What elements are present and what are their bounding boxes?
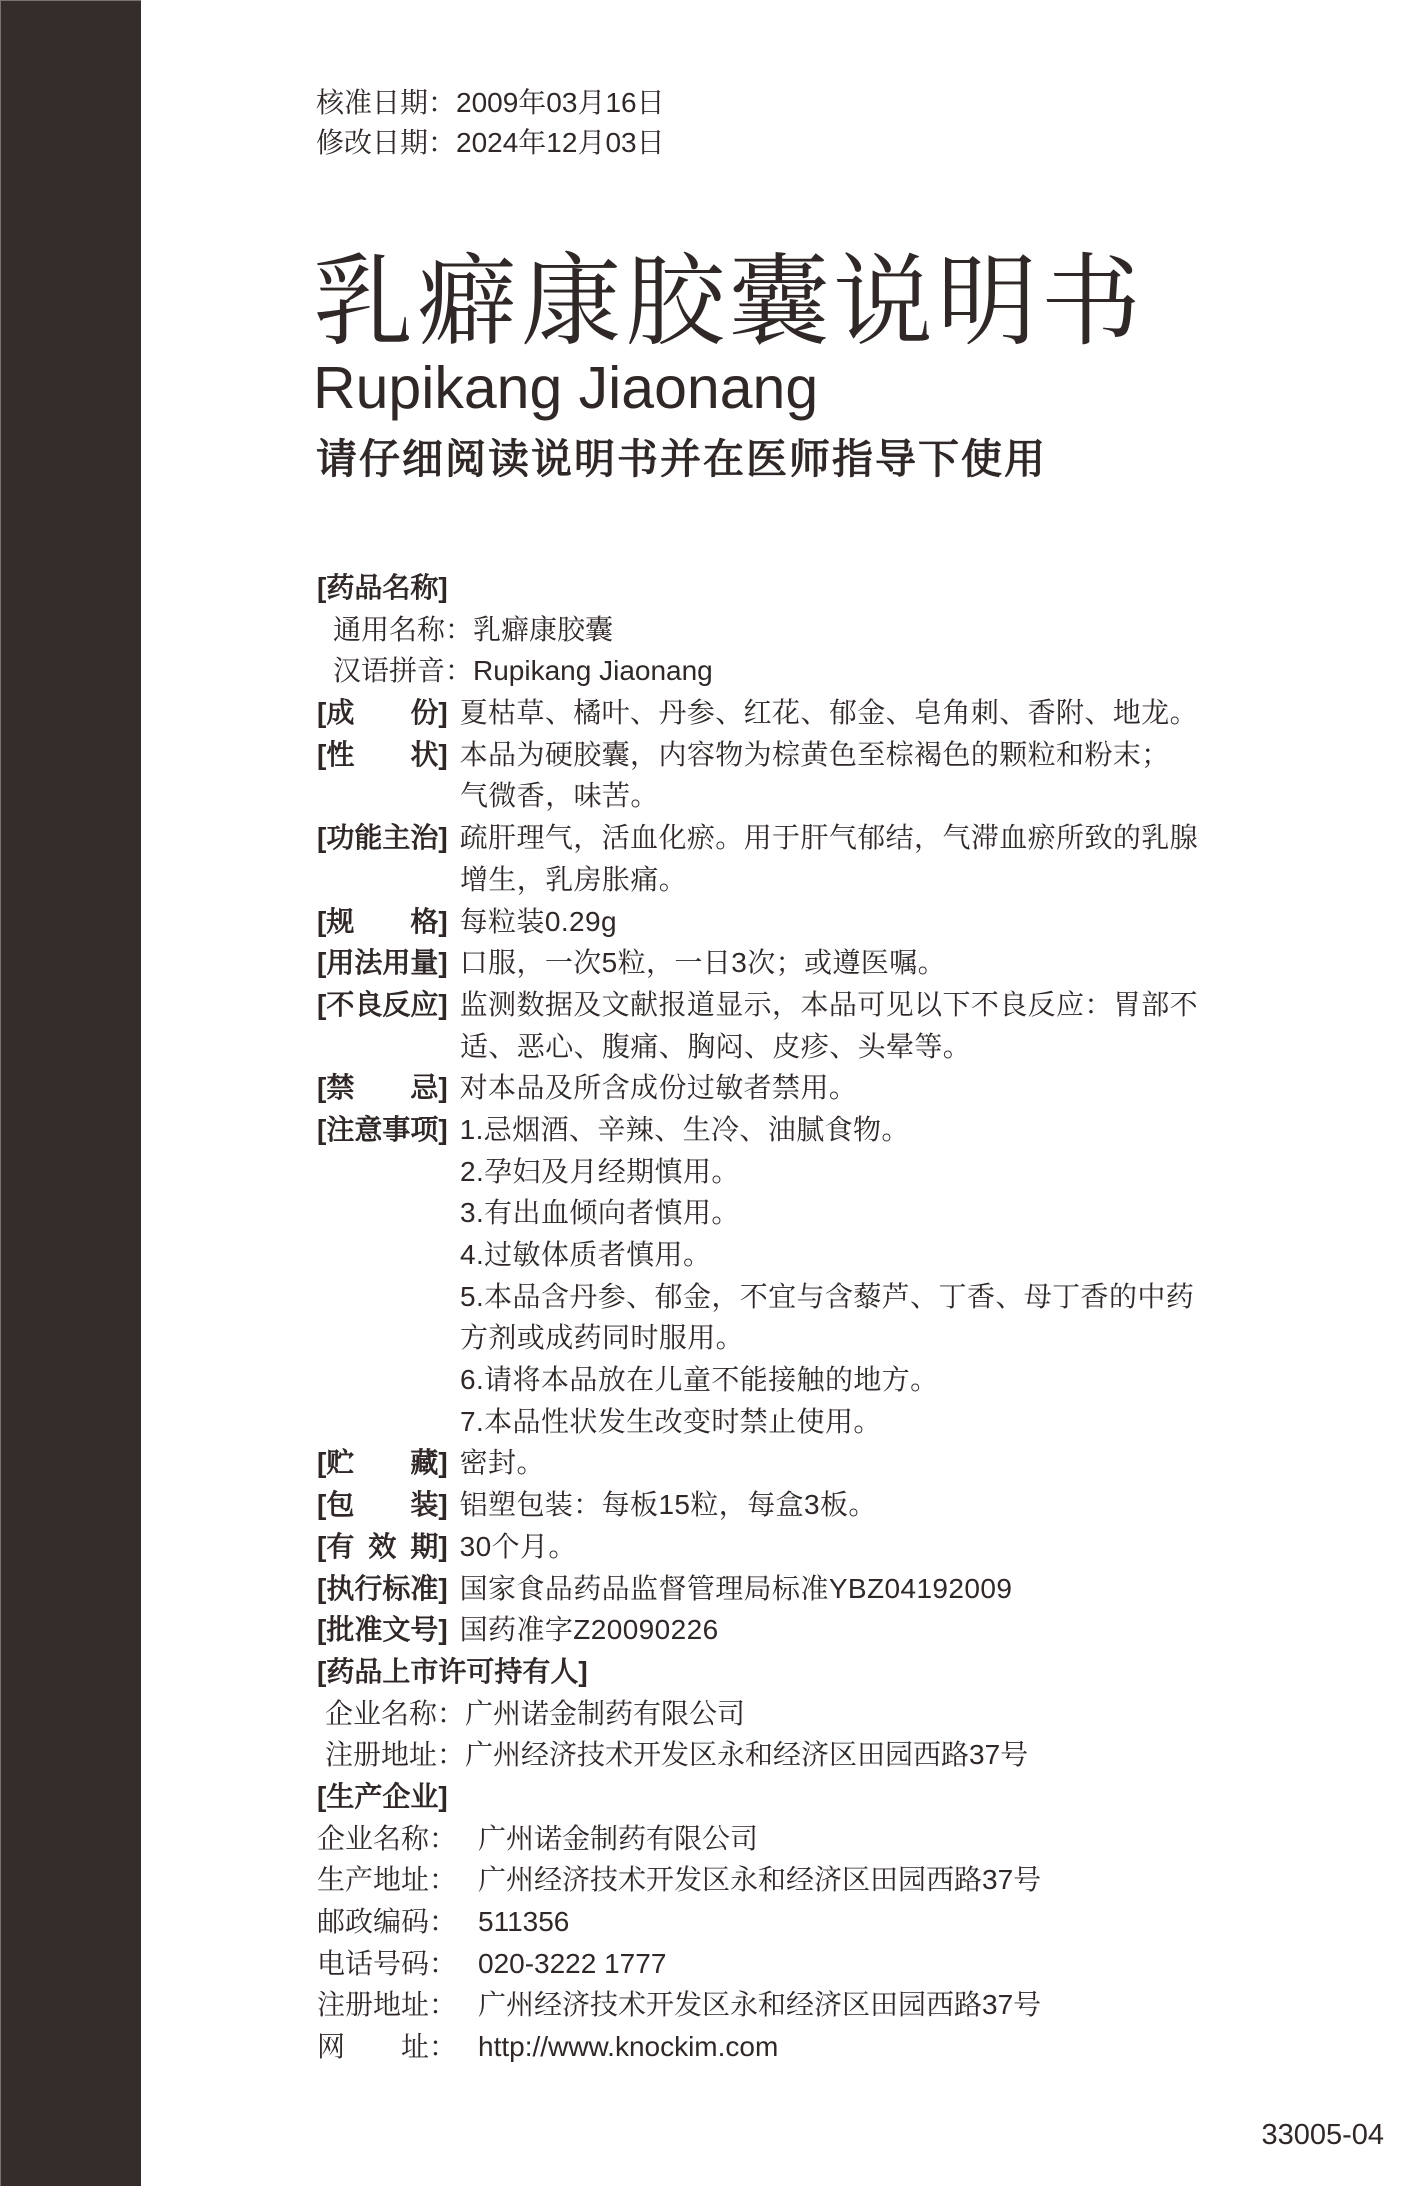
- mah-address-label: 注册地址：: [325, 1739, 465, 1770]
- field-precautions: [注意事项]1.忌烟酒、辛辣、生冷、油腻食物。: [317, 1109, 1198, 1151]
- field-shelf-life: [有效期]30个月。: [317, 1526, 1198, 1568]
- bracket-close: ]: [438, 1614, 447, 1645]
- field-value: 疏肝理气，活血化瘀。用于肝气郁结，气滞血瘀所致的乳腺: [460, 822, 1198, 853]
- bracket-open: [: [317, 1614, 326, 1645]
- page-title: 乳癖康胶囊说明书: [313, 247, 1145, 357]
- manufacturer-website-row: 网址：http://www.knockim.com: [317, 2026, 1198, 2068]
- bracket-open: [: [317, 906, 326, 937]
- document-code: 33005-04: [1261, 2120, 1384, 2150]
- field-value: 国药准字Z20090226: [460, 1614, 719, 1645]
- field-value-continued: 增生，乳房胀痛。: [317, 859, 1198, 901]
- bracket-open: [: [317, 989, 326, 1020]
- field-label: [贮藏]: [317, 1442, 448, 1484]
- manufacturer-phone-row: 电话号码：020-3222 1777: [317, 1943, 1198, 1985]
- row-value: 广州诺金制药有限公司: [478, 1823, 758, 1854]
- field-label-text: 性状: [326, 734, 438, 776]
- field-label-text: 有效期: [326, 1526, 438, 1568]
- manufacturer-company-row: 企业名称：广州诺金制药有限公司: [317, 1818, 1198, 1860]
- bracket-open: [: [317, 697, 326, 728]
- field-label: [包装]: [317, 1484, 448, 1526]
- side-bar: [0, 0, 141, 2186]
- field-label-text: 禁忌: [326, 1067, 438, 1109]
- field-label: [性状]: [317, 734, 448, 776]
- bracket-close: ]: [438, 1072, 447, 1103]
- field-packaging: [包装]铝塑包装：每板15粒，每盒3板。: [317, 1484, 1198, 1526]
- precaution-item: 4.过敏体质者慎用。: [317, 1234, 1198, 1276]
- bracket-open: [: [317, 1573, 326, 1604]
- field-label-text: 不良反应: [326, 984, 438, 1026]
- row-label: 网址: [317, 2026, 429, 2068]
- field-label: [批准文号]: [317, 1609, 448, 1651]
- revision-date-row: 修改日期：2024年12月03日: [316, 123, 665, 163]
- row-colon: ：: [429, 1901, 457, 1943]
- field-value: 本品为硬胶囊，内容物为棕黄色至棕褐色的颗粒和粉末；: [460, 739, 1170, 770]
- manufacturer-production-address-row: 生产地址：广州经济技术开发区永和经济区田园西路37号: [317, 1859, 1198, 1901]
- revision-date: 2024年12月03日: [456, 127, 665, 158]
- precaution-item-continued: 方剂或成药同时服用。: [317, 1317, 1198, 1359]
- field-label: [功能主治]: [317, 817, 448, 859]
- bracket-open: [: [317, 1531, 326, 1562]
- generic-name-row: 通用名称：乳癖康胶囊: [317, 609, 1198, 651]
- section-heading-mah: [药品上市许可持有人]: [317, 1651, 1198, 1693]
- generic-name-label: 通用名称：: [333, 614, 473, 645]
- field-label: [规格]: [317, 901, 448, 943]
- field-label-text: 贮藏: [326, 1442, 438, 1484]
- pinyin-value: Rupikang Jiaonang: [473, 655, 713, 686]
- field-value: 1.忌烟酒、辛辣、生冷、油腻食物。: [460, 1114, 910, 1145]
- bracket-open: [: [317, 1072, 326, 1103]
- revision-date-label: 修改日期：: [316, 127, 456, 158]
- precaution-item: 7.本品性状发生改变时禁止使用。: [317, 1401, 1198, 1443]
- bracket-close: ]: [438, 1573, 447, 1604]
- field-value: 铝塑包装：每板15粒，每盒3板。: [460, 1489, 877, 1520]
- field-label-text: 规格: [326, 901, 438, 943]
- precaution-item: 5.本品含丹参、郁金，不宜与含藜芦、丁香、母丁香的中药: [317, 1276, 1198, 1318]
- bracket-open: [: [317, 739, 326, 770]
- field-value: 国家食品药品监督管理局标准YBZ04192009: [460, 1573, 1013, 1604]
- website-text: http://www.knockim.com: [478, 2031, 778, 2062]
- row-colon: ：: [429, 2026, 457, 2068]
- bracket-open: [: [317, 947, 326, 978]
- field-label-text: 注意事项: [326, 1109, 438, 1151]
- approval-date: 2009年03月16日: [456, 87, 665, 118]
- field-label-text: 执行标准: [326, 1568, 438, 1610]
- bracket-open: [: [317, 822, 326, 853]
- mah-company: 广州诺金制药有限公司: [465, 1698, 745, 1729]
- field-approval-number: [批准文号]国药准字Z20090226: [317, 1609, 1198, 1651]
- field-label: [注意事项]: [317, 1109, 448, 1151]
- field-label-text: 功能主治: [326, 817, 438, 859]
- row-value: 511356: [478, 1906, 569, 1937]
- row-colon: ：: [429, 1943, 457, 1985]
- field-label-text: 成份: [326, 692, 438, 734]
- pinyin-label: 汉语拼音：: [333, 655, 473, 686]
- field-description: [性状]本品为硬胶囊，内容物为棕黄色至棕褐色的颗粒和粉末；: [317, 734, 1198, 776]
- field-adverse-reactions: [不良反应]监测数据及文献报道显示，本品可见以下不良反应：胃部不: [317, 984, 1198, 1026]
- bracket-close: ]: [438, 947, 447, 978]
- precaution-item: 3.有出血倾向者慎用。: [317, 1192, 1198, 1234]
- row-label: 电话号码: [317, 1943, 429, 1985]
- precaution-item: 2.孕妇及月经期慎用。: [317, 1151, 1198, 1193]
- field-value: 每粒装0.29g: [460, 906, 617, 937]
- field-value-continued: 适、恶心、腹痛、胸闷、皮疹、头晕等。: [317, 1026, 1198, 1068]
- field-indications: [功能主治]疏肝理气，活血化瘀。用于肝气郁结，气滞血瘀所致的乳腺: [317, 817, 1198, 859]
- manufacturer-reg-address-row: 注册地址：广州经济技术开发区永和经济区田园西路37号: [317, 1984, 1198, 2026]
- field-specification: [规格]每粒装0.29g: [317, 901, 1198, 943]
- bracket-close: ]: [438, 989, 447, 1020]
- bracket-open: [: [317, 1447, 326, 1478]
- field-label-text: 包装: [326, 1484, 438, 1526]
- row-colon: ：: [429, 1984, 457, 2026]
- row-label: 邮政编码: [317, 1901, 429, 1943]
- row-label: 企业名称: [317, 1818, 429, 1860]
- section-heading-manufacturer: [生产企业]: [317, 1776, 1198, 1818]
- field-storage: [贮藏]密封。: [317, 1442, 1198, 1484]
- section-heading-drug-name: [药品名称]: [317, 567, 1198, 609]
- bracket-close: ]: [438, 1489, 447, 1520]
- row-label: 注册地址: [317, 1984, 429, 2026]
- field-label: [执行标准]: [317, 1568, 448, 1610]
- dates-block: 核准日期：2009年03月16日 修改日期：2024年12月03日: [316, 83, 665, 163]
- bracket-close: ]: [438, 906, 447, 937]
- manufacturer-postcode-row: 邮政编码：511356: [317, 1901, 1198, 1943]
- row-value: 广州经济技术开发区永和经济区田园西路37号: [478, 1989, 1041, 2020]
- page-title-pinyin: Rupikang Jiaonang: [313, 359, 818, 418]
- field-value: 监测数据及文献报道显示，本品可见以下不良反应：胃部不: [460, 989, 1198, 1020]
- field-value-continued: 气微香，味苦。: [317, 775, 1198, 817]
- approval-date-label: 核准日期：: [316, 87, 456, 118]
- field-contraindications: [禁忌]对本品及所含成份过敏者禁用。: [317, 1067, 1198, 1109]
- field-value: 夏枯草、橘叶、丹参、红花、郁金、皂角刺、香附、地龙。: [460, 697, 1198, 728]
- field-label-text: 批准文号: [326, 1609, 438, 1651]
- insert-body: [药品名称] 通用名称：乳癖康胶囊 汉语拼音：Rupikang Jiaonang…: [317, 567, 1198, 2068]
- bracket-open: [: [317, 1489, 326, 1520]
- field-dosage: [用法用量]口服，一次5粒，一日3次；或遵医嘱。: [317, 942, 1198, 984]
- bracket-open: [: [317, 1114, 326, 1145]
- mah-company-label: 企业名称：: [325, 1698, 465, 1729]
- row-colon: ：: [429, 1818, 457, 1860]
- field-value: 口服，一次5粒，一日3次；或遵医嘱。: [460, 947, 946, 978]
- bracket-close: ]: [438, 739, 447, 770]
- row-colon: ：: [429, 1859, 457, 1901]
- field-label: [用法用量]: [317, 942, 448, 984]
- precaution-item: 6.请将本品放在儿童不能接触的地方。: [317, 1359, 1198, 1401]
- pinyin-row: 汉语拼音：Rupikang Jiaonang: [317, 650, 1198, 692]
- bracket-close: ]: [438, 822, 447, 853]
- row-value: 广州经济技术开发区永和经济区田园西路37号: [478, 1864, 1041, 1895]
- bracket-close: ]: [438, 1531, 447, 1562]
- field-ingredients: [成份]夏枯草、橘叶、丹参、红花、郁金、皂角刺、香附、地龙。: [317, 692, 1198, 734]
- row-value: 020-3222 1777: [478, 1948, 666, 1979]
- generic-name: 乳癖康胶囊: [473, 614, 613, 645]
- field-label: [成份]: [317, 692, 448, 734]
- field-label-text: 用法用量: [326, 942, 438, 984]
- mah-company-row: 企业名称：广州诺金制药有限公司: [317, 1693, 1198, 1735]
- field-label: [禁忌]: [317, 1067, 448, 1109]
- field-standard: [执行标准]国家食品药品监督管理局标准YBZ04192009: [317, 1568, 1198, 1610]
- approval-date-row: 核准日期：2009年03月16日: [316, 83, 665, 123]
- field-value: 30个月。: [460, 1531, 577, 1562]
- usage-notice: 请仔细阅读说明书并在医师指导下使用: [316, 434, 1047, 484]
- mah-address: 广州经济技术开发区永和经济区田园西路37号: [465, 1739, 1028, 1770]
- field-label: [有效期]: [317, 1526, 448, 1568]
- bracket-close: ]: [438, 1114, 447, 1145]
- field-value: 对本品及所含成份过敏者禁用。: [460, 1072, 858, 1103]
- field-value: 密封。: [460, 1447, 545, 1478]
- mah-address-row: 注册地址：广州经济技术开发区永和经济区田园西路37号: [317, 1734, 1198, 1776]
- row-label: 生产地址: [317, 1859, 429, 1901]
- bracket-close: ]: [438, 697, 447, 728]
- field-label: [不良反应]: [317, 984, 448, 1026]
- bracket-close: ]: [438, 1447, 447, 1478]
